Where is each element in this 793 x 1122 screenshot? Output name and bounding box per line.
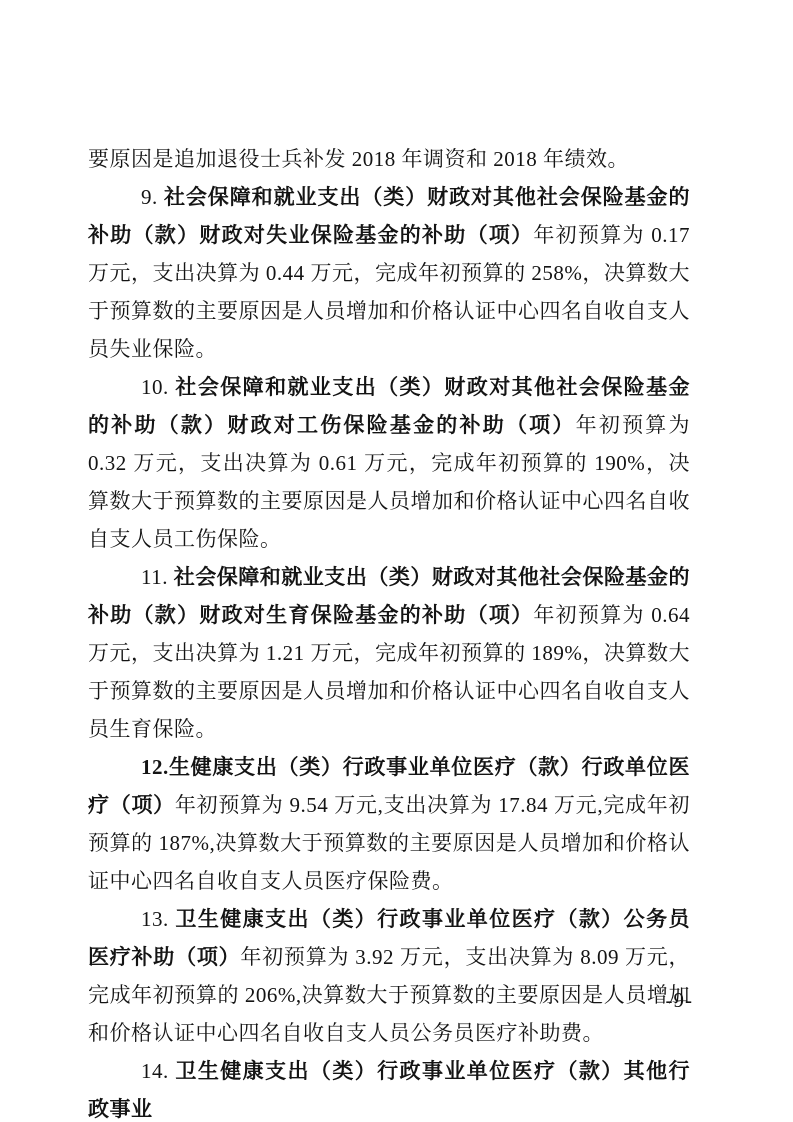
body-text-segment: 10. <box>141 375 175 399</box>
paragraph-9: 9. 社会保障和就业支出（类）财政对其他社会保险基金的补助（款）财政对失业保险基… <box>88 178 690 368</box>
budget-heading-segment: 卫生健康支出（类）行政事业单位医疗（款）其他行政事业 <box>88 1059 690 1121</box>
paragraph-12: 12.生健康支出（类）行政事业单位医疗（款）行政单位医疗（项）年初预算为 9.5… <box>88 748 690 900</box>
document-page: 要原因是追加退役士兵补发 2018 年调资和 2018 年绩效。9. 社会保障和… <box>0 0 793 1122</box>
body-text-segment: 要原因是追加退役士兵补发 2018 年调资和 2018 年绩效。 <box>88 147 629 171</box>
body-text-segment: 14. <box>141 1059 175 1083</box>
body-text-segment: 9. <box>141 185 164 209</box>
body-text-segment: 13. <box>141 907 175 931</box>
paragraph-14: 14. 卫生健康支出（类）行政事业单位医疗（款）其他行政事业 <box>88 1052 690 1122</box>
body-text-segment: 年初预算为 9.54 万元,支出决算为 17.84 万元,完成年初预算的 187… <box>88 793 690 893</box>
document-body: 要原因是追加退役士兵补发 2018 年调资和 2018 年绩效。9. 社会保障和… <box>88 140 690 1122</box>
paragraph-8-continuation: 要原因是追加退役士兵补发 2018 年调资和 2018 年绩效。 <box>88 140 690 178</box>
paragraph-10: 10. 社会保障和就业支出（类）财政对其他社会保险基金的补助（款）财政对工伤保险… <box>88 368 690 558</box>
body-text-segment: 11. <box>141 565 174 589</box>
paragraph-11: 11. 社会保障和就业支出（类）财政对其他社会保险基金的补助（款）财政对生育保险… <box>88 558 690 748</box>
page-number: -9- <box>666 986 694 1014</box>
paragraph-13: 13. 卫生健康支出（类）行政事业单位医疗（款）公务员医疗补助（项）年初预算为 … <box>88 900 690 1052</box>
